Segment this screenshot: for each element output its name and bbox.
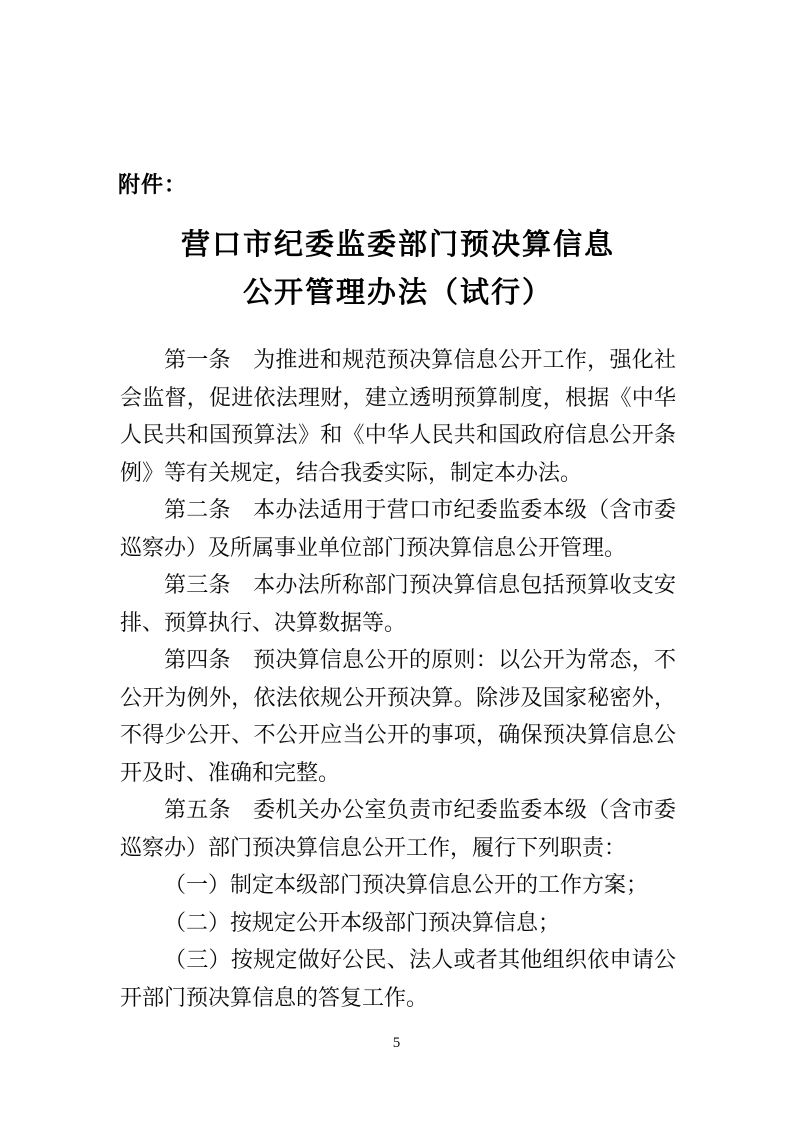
document-title: 营口市纪委监委部门预决算信息 公开管理办法（试行）	[120, 221, 676, 317]
body-paragraph-item-1: （一）制定本级部门预决算信息公开的工作方案；	[120, 866, 676, 904]
body-paragraph-article-5: 第五条 委机关办公室负责市纪委监委本级（含市委巡察办）部门预决算信息公开工作，履…	[120, 791, 676, 866]
body-paragraph-article-2: 第二条 本办法适用于营口市纪委监委本级（含市委巡察办）及所属事业单位部门预决算信…	[120, 491, 676, 566]
attachment-label: 附件：	[118, 168, 187, 199]
document-title-line-1: 营口市纪委监委部门预决算信息	[120, 221, 676, 269]
page-number: 5	[0, 1035, 793, 1052]
body-paragraph-article-1: 第一条 为推进和规范预决算信息公开工作，强化社会监督，促进依法理财，建立透明预算…	[120, 341, 676, 491]
body-paragraph-article-4: 第四条 预决算信息公开的原则：以公开为常态，不公开为例外，依法依规公开预决算。除…	[120, 641, 676, 791]
body-paragraph-article-3: 第三条 本办法所称部门预决算信息包括预算收支安排、预算执行、决算数据等。	[120, 566, 676, 641]
body-paragraph-item-3: （三）按规定做好公民、法人或者其他组织依申请公开部门预决算信息的答复工作。	[120, 941, 676, 1016]
document-page: 附件： 营口市纪委监委部门预决算信息 公开管理办法（试行） 第一条 为推进和规范…	[0, 0, 793, 1122]
document-title-line-2: 公开管理办法（试行）	[120, 269, 676, 317]
body-paragraph-item-2: （二）按规定公开本级部门预决算信息；	[120, 904, 676, 942]
document-body: 第一条 为推进和规范预决算信息公开工作，强化社会监督，促进依法理财，建立透明预算…	[120, 341, 676, 1016]
